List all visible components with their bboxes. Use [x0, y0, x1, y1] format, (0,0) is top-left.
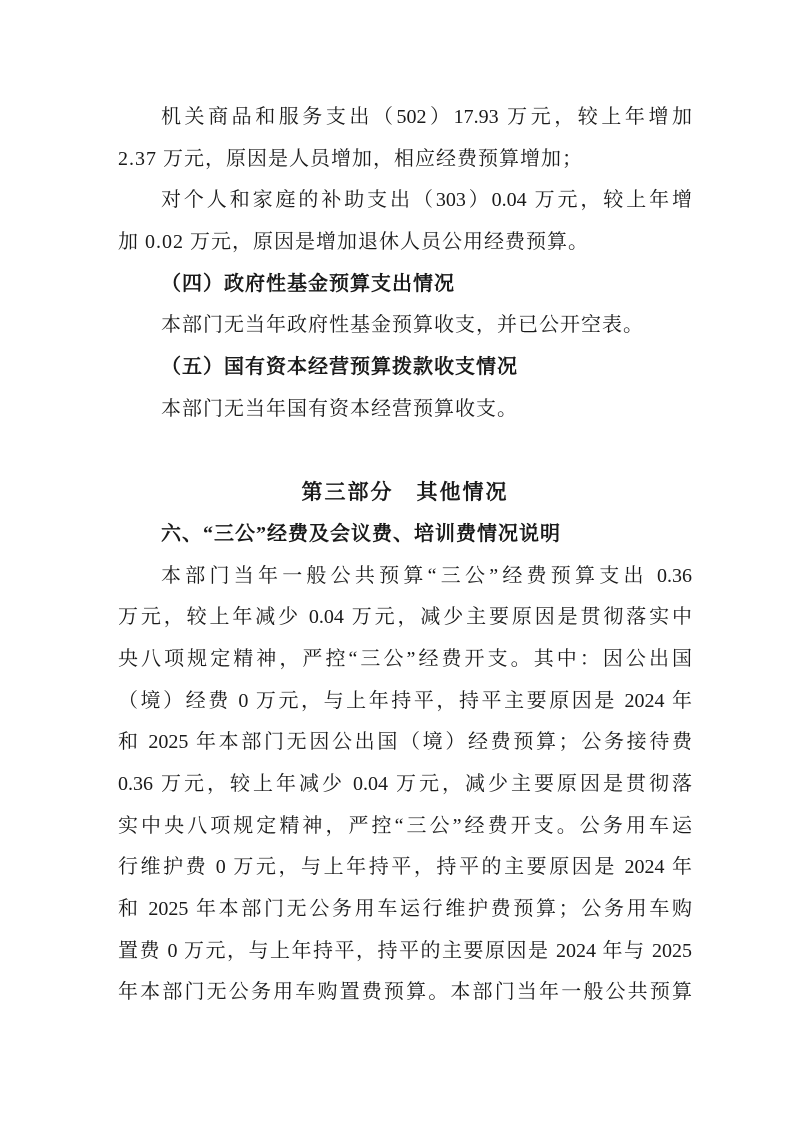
text-line: 本部门当年一般公共预算“三公”经费预算支出 0.36	[118, 556, 692, 598]
heading-line: （四）政府性基金预算支出情况	[118, 264, 692, 306]
heading-line: （五）国有资本经营预算拨款收支情况	[118, 347, 692, 389]
text-line: 本部门无当年政府性基金预算收支，并已公开空表。	[118, 305, 692, 347]
text-line: 和 2025 年本部门无公务用车运行维护费预算；公务用车购	[118, 889, 692, 931]
text-line: 实中央八项规定精神，严控“三公”经费开支。公务用车运	[118, 806, 692, 848]
text-line: 机关商品和服务支出（502）17.93 万元，较上年增加	[118, 97, 692, 139]
text-line: （境）经费 0 万元，与上年持平，持平主要原因是 2024 年	[118, 681, 692, 723]
blank-line	[118, 431, 692, 473]
text-line: 和 2025 年本部门无因公出国（境）经费预算；公务接待费	[118, 722, 692, 764]
text-line: 万元，较上年减少 0.04 万元，减少主要原因是贯彻落实中	[118, 597, 692, 639]
text-block: 机关商品和服务支出（502）17.93 万元，较上年增加2.37 万元，原因是人…	[118, 97, 692, 1014]
text-line: 2.37 万元，原因是人员增加，相应经费预算增加；	[118, 139, 692, 181]
document-page: 机关商品和服务支出（502）17.93 万元，较上年增加2.37 万元，原因是人…	[0, 0, 792, 1121]
text-line: 行维护费 0 万元，与上年持平，持平的主要原因是 2024 年	[118, 847, 692, 889]
text-line: 置费 0 万元，与上年持平，持平的主要原因是 2024 年与 2025	[118, 931, 692, 973]
text-line: 央八项规定精神，严控“三公”经费开支。其中：因公出国	[118, 639, 692, 681]
heading-line: 六、“三公”经费及会议费、培训费情况说明	[118, 514, 692, 556]
section-title: 第三部分 其他情况	[118, 472, 692, 514]
text-line: 本部门无当年国有资本经营预算收支。	[118, 389, 692, 431]
text-line: 对个人和家庭的补助支出（303）0.04 万元，较上年增	[118, 180, 692, 222]
text-line: 年本部门无公务用车购置费预算。本部门当年一般公共预算	[118, 972, 692, 1014]
text-line: 加 0.02 万元，原因是增加退休人员公用经费预算。	[118, 222, 692, 264]
text-line: 0.36 万元，较上年减少 0.04 万元，减少主要原因是贯彻落	[118, 764, 692, 806]
